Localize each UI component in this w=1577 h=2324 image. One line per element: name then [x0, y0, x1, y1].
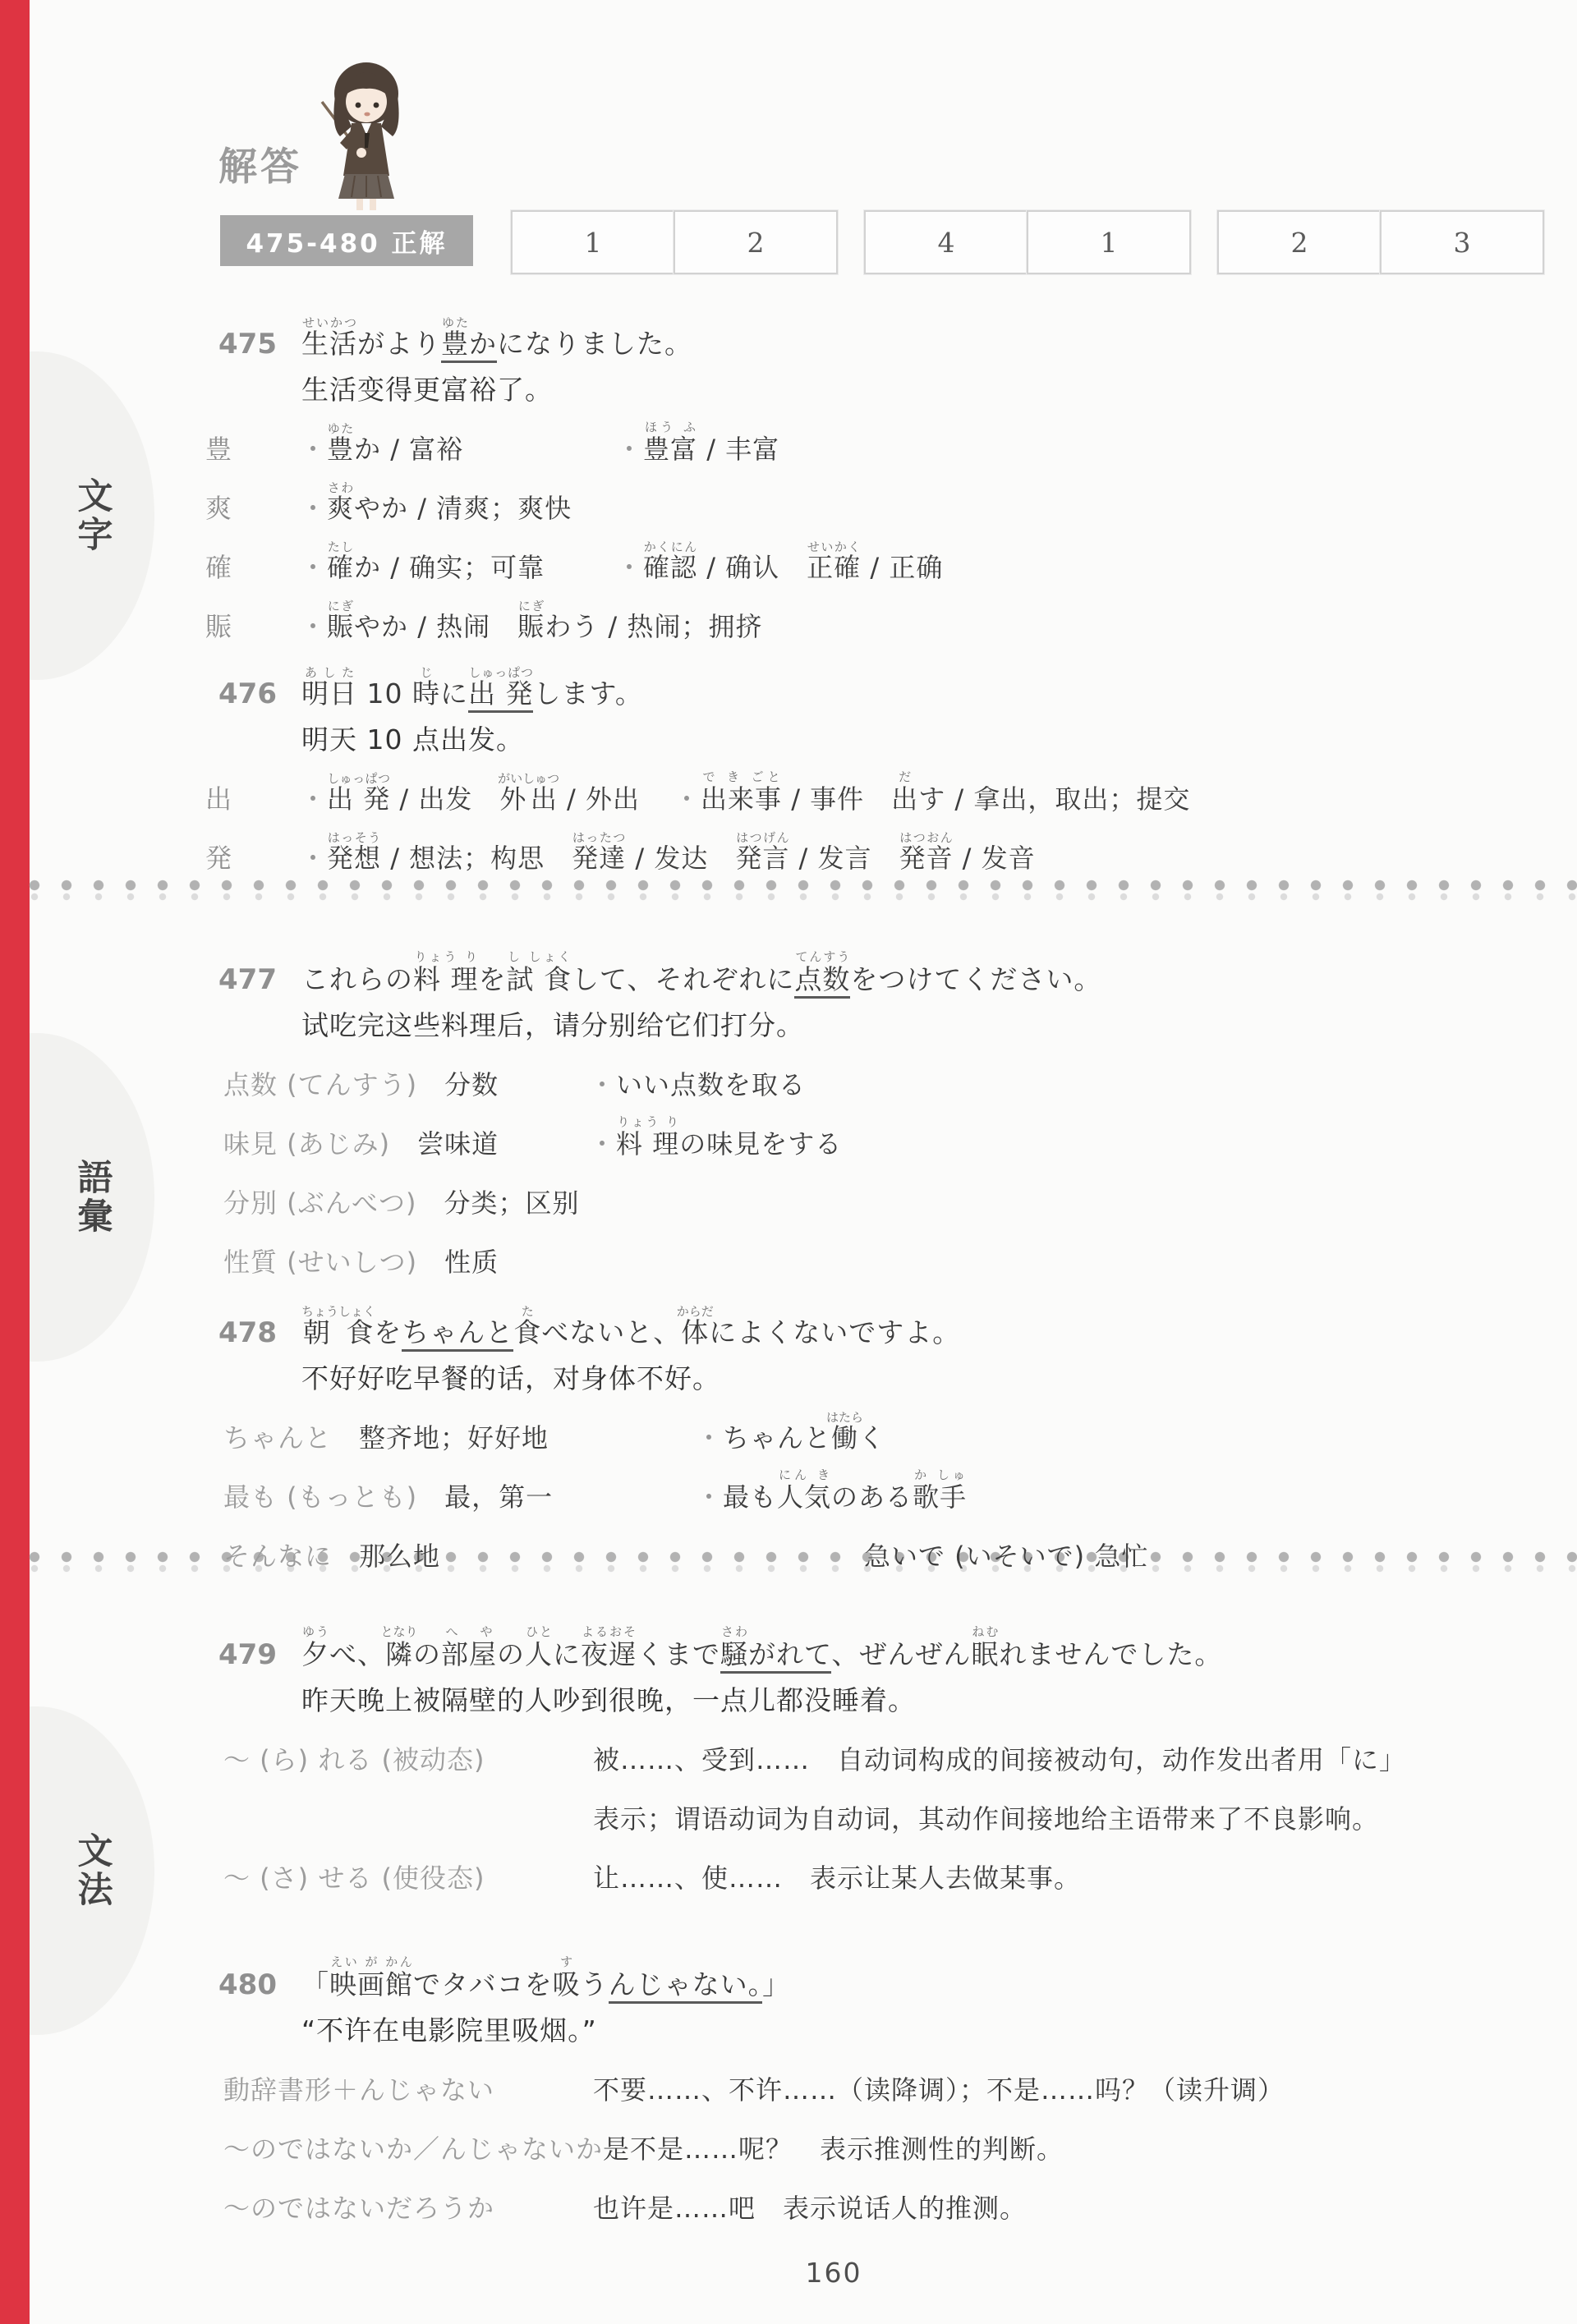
vocab-cell: 点数 (てんすう) 分数 — [223, 1064, 589, 1102]
vocab-head-kanji: 出 — [205, 778, 300, 816]
text-run: のある — [831, 1481, 913, 1513]
ruby-word: 発音はつおん — [899, 843, 953, 874]
dotted-divider — [23, 877, 1577, 902]
text-run: 整齐地；好好地 — [332, 1422, 549, 1454]
text-run: ～ (さ) せる (使役态) — [223, 1862, 485, 1894]
answer-key-page: 文字 語彙 文法 解答 475-480 正解 124123 475生活せいかつが… — [0, 0, 1577, 2324]
ruby-word: 朝 食ちょうしょく — [301, 1316, 374, 1348]
ruby-word: 確たし — [327, 552, 354, 583]
jp-sentence-line: 478朝 食ちょうしょくをちゃんと食たべないと、体からだによくないですよ。 — [205, 1278, 1532, 1348]
text-run: 表示；谓语动词为自动词，其动作间接地给主语带来了不良影响。 — [593, 1803, 1379, 1835]
text-run: く — [858, 1422, 885, 1454]
text-run: 最，第一 — [417, 1481, 553, 1513]
question-block: 479夕ゆうべ、隣となりの部屋へ やの人ひとに夜遅よるおそくまで騒さわがれて、ぜ… — [205, 1600, 1532, 1895]
vocab-cell: 味見 (あじみ) 尝味道 — [223, 1123, 589, 1161]
text-run: によくないですよ。 — [709, 1316, 960, 1348]
ruby-word: 確認かくにん — [643, 552, 697, 583]
ruby-word: 隣となり — [385, 1638, 413, 1670]
text-run: になりました。 — [497, 328, 692, 360]
vocab-row: 確・確たしか / 确实；可靠・確認かくにん / 确认 正確せいかく / 正确 — [205, 526, 1532, 585]
bullet-icon: ・ — [589, 1069, 616, 1100]
answer-cell: 1 — [511, 210, 675, 274]
question-block: 476明日あした 10 時じに出 発しゅっぱつします。明天 10 点出发。出・出… — [205, 639, 1532, 875]
vocab-row: ～のではないだろうか也许是……吧 表示说话人的推测。 — [205, 2166, 1532, 2225]
answer-group: 23 — [1217, 210, 1544, 274]
ruby-word: 正確せいかく — [807, 552, 861, 583]
bullet-icon: ・ — [300, 843, 327, 874]
ruby-word: 部屋へ や — [441, 1638, 497, 1670]
vocab-cell: ・賑にぎやか / 热闹 賑にぎわう / 热闹；拥挤 — [300, 599, 762, 644]
text-run: / 丰富 — [697, 434, 779, 465]
bullet-icon: ・ — [616, 552, 643, 583]
text-run: やか / 热闹 — [354, 611, 517, 642]
ruby-word: 生活せいかつ — [301, 328, 357, 360]
text-run: 点数 (てんすう) — [223, 1069, 417, 1100]
text-run: 最も — [723, 1481, 777, 1513]
ruby-word: 働はたら — [831, 1422, 858, 1454]
vocab-cell: ・確認かくにん / 确认 正確せいかく / 正确 — [616, 540, 943, 585]
question-number: 478 — [205, 1318, 301, 1348]
cn-translation: 明天 10 点出发。 — [205, 710, 1532, 757]
bullet-icon: ・ — [300, 493, 327, 524]
vocab-row: 爽・爽さわやか / 清爽；爽快 — [205, 466, 1532, 526]
vocab-cell: ～のではないだろうか — [223, 2188, 593, 2225]
text-run: 也许是……吧 表示说话人的推测。 — [593, 2193, 1027, 2224]
vocab-row: ～ (さ) せる (使役态)让……、使…… 表示让某人去做某事。 — [205, 1836, 1532, 1895]
vocab-cell: ～のではないか／んじゃないか — [223, 2129, 603, 2166]
text-run: / 正确 — [861, 552, 943, 583]
ruby-word: 夜遅よるおそ — [581, 1638, 637, 1670]
vocab-row: 発・発想はっそう / 想法；构思 発達はったつ / 发达 発言はつげん / 发言… — [205, 816, 1532, 875]
text-run: か / 确实；可靠 — [354, 552, 545, 583]
text-run: を — [374, 1316, 402, 1348]
vocab-cell: ・出来事で き ごと / 事件 出だす / 拿出，取出；提交 — [674, 769, 1190, 816]
text-run: でタバコを — [413, 1968, 553, 2000]
vocab-cell: ・豊富ほう ふ / 丰富 — [616, 420, 779, 466]
cn-translation: 不好好吃早餐的话，对身体不好。 — [205, 1348, 1532, 1396]
vocab-cell: ちゃんと 整齐地；好好地 — [223, 1417, 696, 1455]
text-run: 動辞書形＋んじゃない — [223, 2074, 494, 2106]
text-run: わう / 热闹；拥挤 — [545, 611, 762, 642]
text-run: をつけてください。 — [850, 963, 1101, 995]
text-run: します。 — [533, 677, 642, 710]
question-block: 477これらの料 理りょう りを試 食し しょくして、それぞれに点数てんすうをつ… — [205, 925, 1532, 1279]
jp-sentence-line: 479夕ゆうべ、隣となりの部屋へ やの人ひとに夜遅よるおそくまで騒さわがれて、ぜ… — [205, 1600, 1532, 1670]
vocab-row: そんなに 那么地急いで (いそいで) 急忙 — [205, 1514, 1532, 1573]
vocab-cell: 是不是……呢？ 表示推测性的判断。 — [603, 2129, 1064, 2166]
text-run: 10 — [357, 677, 412, 710]
vocab-row: 最も (もっとも) 最，第一・最も人気にん きのある歌手か しゅ — [205, 1455, 1532, 1514]
text-run: の — [413, 1638, 441, 1670]
sidebar-tab-moji: 文字 — [30, 351, 154, 680]
text-run: 分类；区别 — [417, 1187, 580, 1219]
answer-cell: 4 — [864, 210, 1028, 274]
ruby-word: 体からだ — [681, 1316, 709, 1348]
underlined-term: 豊ゆた — [441, 328, 469, 363]
ruby-word: 賑にぎ — [517, 611, 545, 642]
vocab-cell: 不要……、不许……（读降调）；不是……吗？（读升调） — [593, 2069, 1285, 2107]
ruby-word: 出 発しゅっぱつ — [327, 783, 390, 815]
text-run: 味見 (あじみ) — [223, 1128, 390, 1160]
text-run: 那么地 — [332, 1541, 440, 1572]
text-run: そんなに — [223, 1541, 332, 1572]
text-run: / 发音 — [954, 843, 1036, 874]
vocab-row: 性質 (せいしつ) 性质 — [205, 1220, 1532, 1279]
ruby-word: 出来事で き ごと — [701, 783, 782, 815]
jp-sentence-line: 480「映画館えい が かんでタバコを吸すうんじゃない。」 — [205, 1930, 1532, 2000]
vocab-cell: ・いい点数を取る — [589, 1064, 806, 1102]
question-number: 479 — [205, 1640, 301, 1670]
bullet-icon: ・ — [300, 611, 327, 642]
question-block: 475生活せいかつがより豊ゆたかになりました。生活变得更富裕了。豊・豊ゆたか /… — [205, 289, 1532, 644]
vocab-cell: ・確たしか / 确实；可靠 — [300, 540, 616, 585]
vocab-cell: ・ちゃんと働はたらく — [696, 1410, 885, 1455]
text-run: / 出发 — [390, 783, 499, 815]
vocab-cell: ・爽さわやか / 清爽；爽快 — [300, 480, 572, 526]
cn-translation: 试吃完这些料理后，请分别给它们打分。 — [205, 995, 1532, 1043]
text-run: ～ (ら) れる (被动态) — [223, 1744, 485, 1775]
page-title: 解答 — [218, 136, 302, 191]
vocab-cell: 動辞書形＋んじゃない — [223, 2069, 593, 2107]
vocab-row: 点数 (てんすう) 分数・いい点数を取る — [205, 1043, 1532, 1102]
sidebar-tab-label: 文法 — [75, 1832, 110, 1909]
ruby-word: 発達はったつ — [572, 843, 626, 874]
vocab-cell: ・最も人気にん きのある歌手か しゅ — [696, 1467, 967, 1514]
ruby-word: 試 食し しょく — [507, 963, 572, 995]
ruby-word: 料 理りょう り — [616, 1128, 679, 1160]
text-run: す / 拿出，取出；提交 — [918, 783, 1190, 815]
question-number: 475 — [205, 329, 301, 360]
jp-sentence-line: 476明日あした 10 時じに出 発しゅっぱつします。 — [205, 639, 1532, 710]
ruby-word: 人ひと — [525, 1638, 553, 1670]
question-number: 476 — [205, 679, 301, 710]
ruby-word: 料 理りょう り — [413, 963, 479, 995]
text-run: 急いで (いそいで) 急忙 — [864, 1541, 1148, 1572]
question-number: 480 — [205, 1970, 301, 2000]
jp-sentence: 朝 食ちょうしょくをちゃんと食たべないと、体からだによくないですよ。 — [301, 1304, 960, 1348]
text-run: か / 富裕 — [354, 434, 463, 465]
bullet-icon: ・ — [674, 783, 701, 815]
text-run: やか / 清爽；爽快 — [354, 493, 572, 524]
bullet-icon: ・ — [300, 434, 327, 465]
text-run: 分数 — [417, 1069, 499, 1100]
vocab-cell: 性質 (せいしつ) 性质 — [223, 1242, 499, 1279]
text-run: / 发达 — [626, 843, 735, 874]
text-run: 性質 (せいしつ) — [223, 1247, 417, 1278]
vocab-cell: ～ (ら) れる (被动态) — [223, 1739, 593, 1777]
vocab-cell: ・発想はっそう / 想法；构思 発達はったつ / 发达 発言はつげん / 发言 … — [300, 830, 1036, 875]
text-run: / 发言 — [789, 843, 899, 874]
vocab-cell: 表示；谓语动词为自动词，其动作间接地给主语带来了不良影响。 — [593, 1798, 1379, 1836]
bullet-icon: ・ — [589, 1128, 616, 1160]
text-run: 不要……、不许……（读降调）；不是……吗？（读升调） — [593, 2074, 1285, 2106]
bullet-icon: ・ — [696, 1481, 723, 1513]
ruby-word: 豊富ほう ふ — [643, 434, 697, 465]
ruby-word: 豊ゆた — [327, 434, 354, 465]
text-run: 尝味道 — [390, 1128, 499, 1160]
answer-range-label: 475-480 正解 — [220, 215, 473, 266]
jp-sentence: 夕ゆうべ、隣となりの部屋へ やの人ひとに夜遅よるおそくまで騒さわがれて、ぜんぜん… — [301, 1624, 1222, 1670]
text-run: に — [553, 1638, 581, 1670]
ruby-word: 吸す — [553, 1968, 581, 2000]
vocab-row: ちゃんと 整齐地；好好地・ちゃんと働はたらく — [205, 1396, 1532, 1455]
vocab-row: 豊・豊ゆたか / 富裕・豊富ほう ふ / 丰富 — [205, 407, 1532, 466]
vocab-cell: 最も (もっとも) 最，第一 — [223, 1477, 696, 1514]
answer-cell: 3 — [1380, 210, 1544, 274]
bullet-icon: ・ — [696, 1422, 723, 1454]
text-run: 「 — [301, 1968, 329, 2000]
text-run: くまで — [637, 1638, 720, 1670]
text-run: に — [440, 677, 468, 710]
text-run: 最も (もっとも) — [223, 1481, 417, 1513]
ruby-word: 明日あした — [301, 677, 357, 710]
text-run: / 确认 — [697, 552, 807, 583]
text-run: べないと、 — [541, 1316, 681, 1348]
jp-sentence: 「映画館えい が かんでタバコを吸すうんじゃない。」 — [301, 1954, 790, 2000]
bullet-icon: ・ — [616, 434, 643, 465]
ruby-word: 人気にん き — [777, 1481, 831, 1513]
vocab-row: 出・出 発しゅっぱつ / 出发 外出がいしゅつ / 外出・出来事で き ごと /… — [205, 757, 1532, 816]
ruby-word: 賑にぎ — [327, 611, 354, 642]
text-run: / 想法；构思 — [381, 843, 572, 874]
answer-row: 124123 — [511, 210, 1544, 274]
underlined-term: 点数てんすう — [794, 963, 850, 999]
ruby-word: 爽さわ — [327, 493, 354, 524]
vocab-cell: 让……、使…… 表示让某人去做某事。 — [593, 1858, 1081, 1895]
text-run: 分別 (ぶんべつ) — [223, 1187, 417, 1219]
bullet-icon: ・ — [300, 783, 327, 815]
text-run: の — [497, 1638, 525, 1670]
vocab-cell: ・料 理りょう りの味見をする — [589, 1114, 842, 1161]
ruby-word: 映画館えい が かん — [329, 1968, 413, 2000]
ruby-word: 夕ゆう — [301, 1638, 329, 1670]
vocab-cell: ～ (さ) せる (使役态) — [223, 1858, 593, 1895]
vocab-cell: ・出 発しゅっぱつ / 出发 外出がいしゅつ / 外出 — [300, 771, 674, 816]
text-run: / 事件 — [782, 783, 891, 815]
ruby-word: 歌手か しゅ — [913, 1481, 967, 1513]
vocab-row: 味見 (あじみ) 尝味道・料 理りょう りの味見をする — [205, 1102, 1532, 1161]
text-run: ちゃんと — [723, 1422, 831, 1454]
ruby-word: 発言はつげん — [735, 843, 789, 874]
vocab-cell: ・豊ゆたか / 富裕 — [300, 421, 616, 466]
answer-cell: 1 — [1027, 210, 1191, 274]
vocab-row: 動辞書形＋んじゃない不要……、不许……（读降调）；不是……吗？（读升调） — [205, 2048, 1532, 2107]
answer-group: 41 — [864, 210, 1191, 274]
sidebar-tab-label: 文字 — [75, 477, 110, 554]
answer-cell: 2 — [1217, 210, 1382, 274]
underlined-term: ちゃんと — [402, 1316, 513, 1352]
underlined-term: がれて — [748, 1638, 831, 1674]
text-run: がより — [357, 328, 441, 360]
text-run: 性质 — [417, 1247, 499, 1278]
answer-cell: 2 — [674, 210, 838, 274]
ruby-word: 出だ — [891, 783, 918, 815]
jp-sentence: 生活せいかつがより豊ゆたかになりました。 — [301, 315, 692, 360]
text-run: の味見をする — [679, 1128, 842, 1160]
text-run: ～のではないだろうか — [223, 2193, 494, 2224]
vocab-row: 表示；谓语动词为自动词，其动作间接地给主语带来了不良影响。 — [205, 1777, 1532, 1836]
vocab-row: ～ (ら) れる (被动态)被……、受到…… 自动词构成的间接被动句，动作发出者… — [205, 1718, 1532, 1777]
ruby-word: 食た — [513, 1316, 541, 1348]
text-run: べ、 — [329, 1638, 385, 1670]
ruby-word: 外出がいしゅつ — [499, 783, 558, 815]
mascot-girl-illustration — [315, 51, 416, 214]
vocab-head-kanji: 発 — [205, 838, 300, 875]
vocab-cell: 急いで (いそいで) 急忙 — [864, 1536, 1148, 1573]
vocab-row: 賑・賑にぎやか / 热闹 賑にぎわう / 热闹；拥挤 — [205, 585, 1532, 644]
page-number: 160 — [0, 2257, 1577, 2289]
vocab-head-kanji: 爽 — [205, 488, 300, 526]
cn-translation: “不许在电影院里吸烟。” — [205, 2000, 1532, 2048]
ruby-word: 時じ — [412, 677, 440, 710]
jp-sentence: これらの料 理りょう りを試 食し しょくして、それぞれに点数てんすうをつけてく… — [301, 949, 1101, 995]
vocab-head-kanji: 豊 — [205, 429, 300, 466]
underlined-term: 騒さわ — [720, 1638, 748, 1674]
vocab-head-kanji: 確 — [205, 547, 300, 585]
text-run: / 外出 — [558, 783, 640, 815]
vocab-row: 分別 (ぶんべつ) 分类；区别 — [205, 1161, 1532, 1220]
underlined-term: んじゃない。 — [609, 1968, 763, 2004]
text-run: を — [479, 963, 507, 995]
page-edge-strip — [0, 0, 30, 2324]
cn-translation: 生活变得更富裕了。 — [205, 360, 1532, 407]
underlined-term: 出 発しゅっぱつ — [468, 677, 534, 713]
text-run: 、ぜんぜん — [831, 1638, 971, 1670]
question-block: 480「映画館えい が かんでタバコを吸すうんじゃない。」“不许在电影院里吸烟。… — [205, 1930, 1532, 2225]
vocab-cell: 分別 (ぶんべつ) 分类；区别 — [223, 1183, 580, 1220]
text-run: これらの — [301, 963, 413, 995]
sidebar-tab-bunpo: 文法 — [30, 1706, 154, 2035]
vocab-cell: 被……、受到…… 自动词构成的间接被动句，动作发出者用「に」 — [593, 1739, 1406, 1777]
text-run: 被……、受到…… 自动词构成的间接被动句，动作发出者用「に」 — [593, 1744, 1406, 1775]
text-run: して、それぞれに — [572, 963, 794, 995]
underlined-term: か — [469, 328, 497, 363]
jp-sentence-line: 477これらの料 理りょう りを試 食し しょくして、それぞれに点数てんすうをつ… — [205, 925, 1532, 995]
bullet-icon: ・ — [300, 552, 327, 583]
jp-sentence-line: 475生活せいかつがより豊ゆたかになりました。 — [205, 289, 1532, 360]
answer-group: 12 — [511, 210, 838, 274]
text-run: いい点数を取る — [616, 1069, 806, 1100]
sidebar-tab-goi: 語彙 — [30, 1033, 154, 1362]
ruby-word: 眠ねむ — [971, 1638, 999, 1670]
text-run: 」 — [762, 1968, 790, 2000]
question-number: 477 — [205, 965, 301, 995]
text-run: 让……、使…… 表示让某人去做某事。 — [593, 1862, 1081, 1894]
ruby-word: 発想はっそう — [327, 843, 381, 874]
text-run: う — [581, 1968, 609, 2000]
text-run: 是不是……呢？ 表示推测性的判断。 — [603, 2133, 1064, 2165]
question-block: 478朝 食ちょうしょくをちゃんと食たべないと、体からだによくないですよ。不好好… — [205, 1278, 1532, 1573]
vocab-row: ～のではないか／んじゃないか是不是……呢？ 表示推测性的判断。 — [205, 2107, 1532, 2166]
text-run: れませんでした。 — [999, 1638, 1222, 1670]
jp-sentence: 明日あした 10 時じに出 発しゅっぱつします。 — [301, 665, 643, 710]
vocab-cell: 也许是……吧 表示说话人的推测。 — [593, 2188, 1027, 2225]
vocab-cell: そんなに 那么地 — [223, 1536, 864, 1573]
cn-translation: 昨天晚上被隔壁的人吵到很晚，一点儿都没睡着。 — [205, 1670, 1532, 1718]
text-run: ちゃんと — [223, 1422, 332, 1454]
sidebar-tab-label: 語彙 — [75, 1159, 110, 1236]
text-run: ～のではないか／んじゃないか — [223, 2133, 603, 2165]
